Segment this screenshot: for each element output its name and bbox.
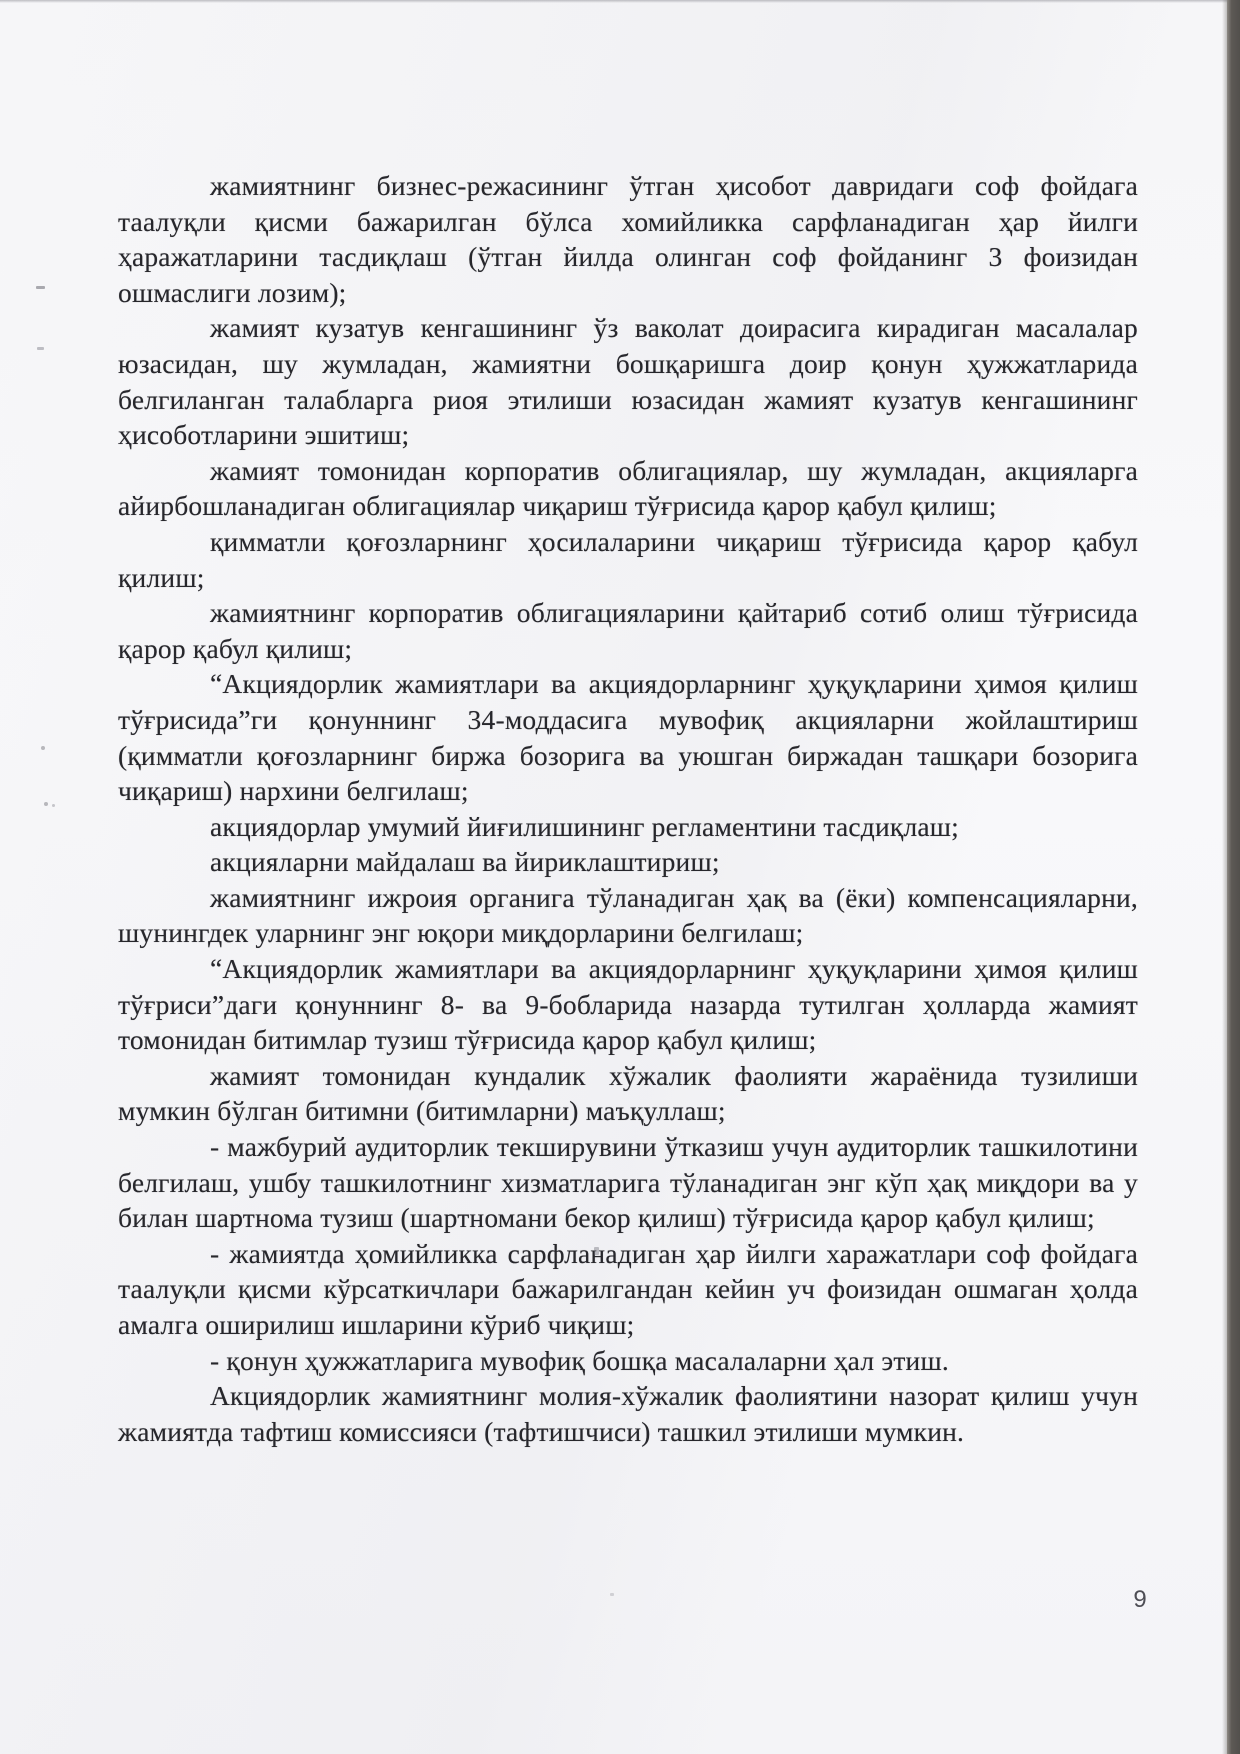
paragraph: Акциядорлик жамиятнинг молия-хўжалик фао… (118, 1378, 1138, 1449)
paragraph: қимматли қоғозларнинг ҳосилаларини чиқар… (118, 524, 1138, 595)
paragraph: - жамиятда ҳомийликка сарфланадиган ҳар … (118, 1236, 1138, 1343)
scan-artifact-right-edge (1227, 0, 1240, 1754)
scanned-document-page: жамиятнинг бизнес-режасининг ўтган ҳисоб… (0, 0, 1240, 1754)
paragraph: “Акциядорлик жамиятлари ва акциядорларни… (118, 951, 1138, 1058)
paragraph: жамият томонидан корпоратив облигациялар… (118, 453, 1138, 524)
scan-artifact-speck (44, 802, 48, 806)
paragraph: “Акциядорлик жамиятлари ва акциядорларни… (118, 666, 1138, 808)
scan-artifact-speck (36, 286, 45, 289)
paragraph: жамият томонидан кундалик хўжалик фаолия… (118, 1058, 1138, 1129)
paragraph: жамиятнинг корпоратив облигацияларини қа… (118, 595, 1138, 666)
scan-artifact-speck (610, 1593, 614, 1596)
paragraph: - мажбурий аудиторлик текширувини ўткази… (118, 1129, 1138, 1236)
paragraph: жамият кузатув кенгашининг ўз ваколат до… (118, 310, 1138, 452)
document-body: жамиятнинг бизнес-режасининг ўтган ҳисоб… (118, 168, 1138, 1449)
scan-artifact-speck (594, 1247, 599, 1255)
paragraph: жамиятнинг ижроия органига тўланадиган ҳ… (118, 880, 1138, 951)
scan-artifact-top-edge (0, 0, 1240, 3)
scan-artifact-speck (37, 347, 44, 350)
page-number: 9 (1120, 1586, 1160, 1614)
paragraph: акциядорлар умумий йиғилишининг регламен… (118, 809, 1138, 845)
scan-artifact-speck (41, 746, 45, 750)
paragraph: акцияларни майдалаш ва йириклаштириш; (118, 844, 1138, 880)
paragraph: - қонун ҳужжатларига мувофиқ бошқа масал… (118, 1343, 1138, 1379)
paragraph: жамиятнинг бизнес-режасининг ўтган ҳисоб… (118, 168, 1138, 310)
scan-artifact-speck (52, 804, 55, 807)
